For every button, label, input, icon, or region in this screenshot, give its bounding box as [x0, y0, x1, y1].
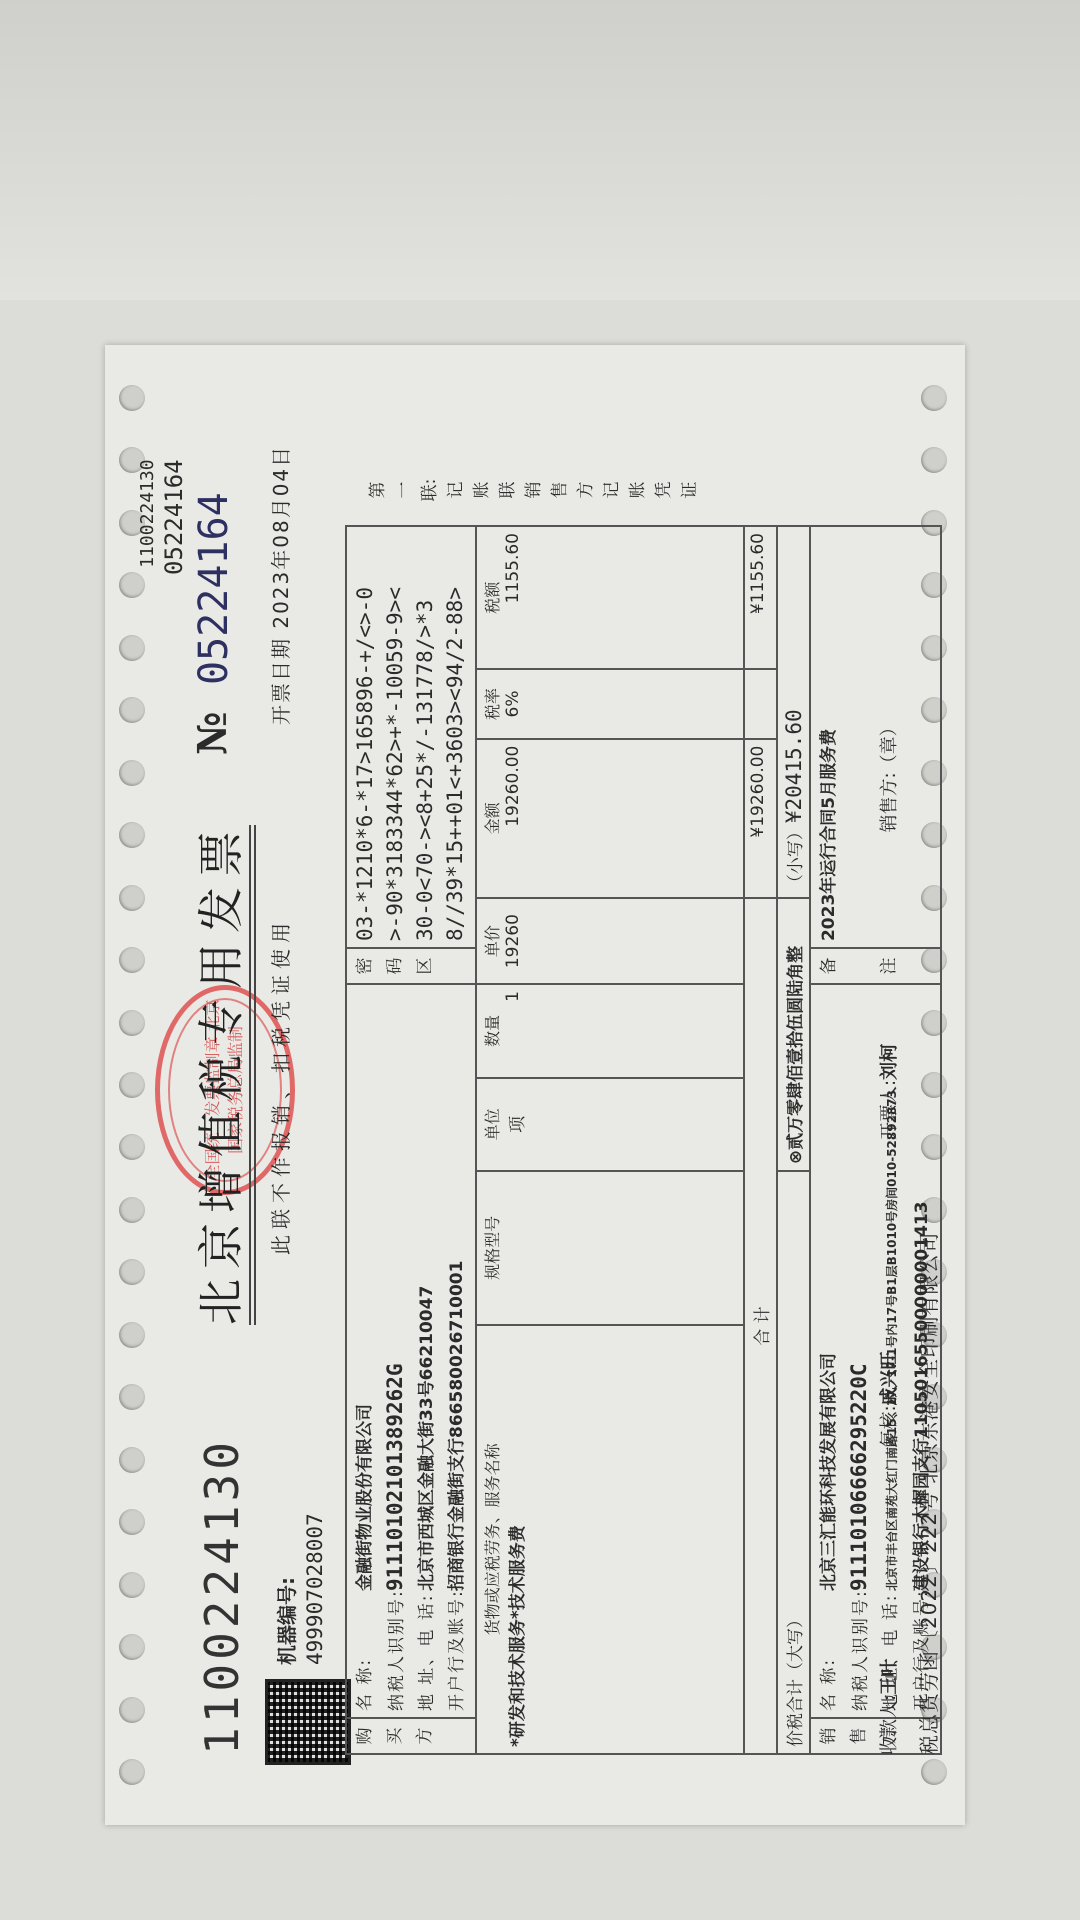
invoice-code-large: 1100224130	[195, 1438, 249, 1755]
item-qty-cell: 数量1	[476, 984, 744, 1078]
item-price-cell: 单价19260	[476, 898, 744, 984]
buyer-name: 金融街物业股份有限公司	[355, 1404, 375, 1591]
item-row: 货物或应税劳务、服务名称 *研发和技术服务*技术服务费 规格型号 单位项 数量1…	[476, 526, 744, 1754]
grand-total-row: 价税合计（大写） ⊗贰万零肆佰壹拾伍圆陆角整 （小写）¥20415.60	[777, 526, 810, 1754]
total-row: 合 计 ¥19260.00 ¥1155.60	[744, 526, 777, 1754]
reviewer: 复核:戚兴旺	[875, 1140, 901, 1448]
seller-seal: 销售方:（章）	[875, 525, 901, 833]
number-label: №	[189, 712, 236, 755]
seller-name: 北京三汇能环科技发展有限公司	[819, 1353, 839, 1591]
printer-note: 税总货劳函〔2022〕222号 北京东港安全印刷有限公司	[913, 1232, 942, 1755]
payee: 收款人:王叶	[875, 1448, 901, 1756]
buyer-row: 购买方 名 称:金融街物业股份有限公司 纳税人识别号:9111010210138…	[346, 526, 476, 1754]
buyer-info: 名 称:金融街物业股份有限公司 纳税人识别号:91110102101389262…	[346, 984, 476, 1718]
tractor-holes-top	[119, 385, 149, 1785]
buyer-address: 北京市西城区金融大街33号66210047	[417, 1286, 437, 1591]
invoice-sheet: 1100224130 全国统一发票监制章 北京 国家税务总局监制 北京增值税专用…	[105, 345, 965, 1825]
invoice-subtitle: 此联不作报销、扣税凭证使用	[265, 917, 294, 1255]
item-amount-cell: 金额19260.00	[476, 739, 744, 899]
item-spec-cell: 规格型号	[476, 1171, 744, 1325]
background	[0, 0, 1080, 300]
item-tax-cell: 税额1155.60	[476, 526, 744, 669]
item-name: *研发和技术服务*技术服务费	[503, 1332, 528, 1747]
printed-codes: 1100224130 05224164	[135, 459, 187, 575]
title-underline	[249, 825, 256, 1325]
item-name-cell: 货物或应税劳务、服务名称 *研发和技术服务*技术服务费	[476, 1325, 744, 1754]
item-unit-cell: 单位项	[476, 1078, 744, 1171]
seller-tax-id: 91110106666295220C	[847, 1363, 871, 1591]
invoice-table: 购买方 名 称:金融街物业股份有限公司 纳税人识别号:9111010210138…	[345, 525, 942, 1755]
invoice-number: 05224164	[191, 492, 237, 685]
invoice-code-small: 1100224130	[135, 459, 161, 575]
grand-total-small: （小写）¥20415.60	[777, 526, 810, 898]
total-label: 合 计	[744, 898, 777, 1754]
issue-date: 开票日期 2023年08月04日	[265, 445, 294, 725]
qr-code	[265, 1679, 351, 1765]
invoice: 1100224130 全国统一发票监制章 北京 国家税务总局监制 北京增值税专用…	[175, 415, 895, 1755]
total-amount: ¥19260.00	[744, 739, 777, 899]
machine-number: 机器编号: 499907028007	[273, 1513, 329, 1665]
cipher-area: 03-*1210*6-*17>165896-+/<>-0 >-90*318334…	[346, 526, 476, 948]
item-rate-cell: 税率6%	[476, 669, 744, 738]
grand-total-words: ⊗贰万零肆佰壹拾伍圆陆角整	[777, 898, 810, 1171]
copy-note: 第一联:记账联 销售方记账凭证	[365, 475, 703, 505]
total-tax: ¥1155.60	[744, 526, 777, 669]
invoice-title: 北京增值税专用发票	[185, 821, 251, 1325]
signatures: 收款人:王叶 复核:戚兴旺 开票人:刘柯 销售方:（章）	[875, 525, 901, 1755]
grand-total-label: 价税合计（大写）	[777, 1171, 810, 1754]
invoice-number-small: 05224164	[161, 459, 187, 575]
cipher-label: 密码区	[346, 948, 476, 984]
buyer-tax-id: 91110102101389262G	[383, 1363, 407, 1591]
issuer: 开票人:刘柯	[875, 833, 901, 1141]
buyer-side-label: 购买方	[346, 1718, 476, 1754]
buyer-bank: 招商银行金融街支行866580026710001	[447, 1261, 467, 1591]
